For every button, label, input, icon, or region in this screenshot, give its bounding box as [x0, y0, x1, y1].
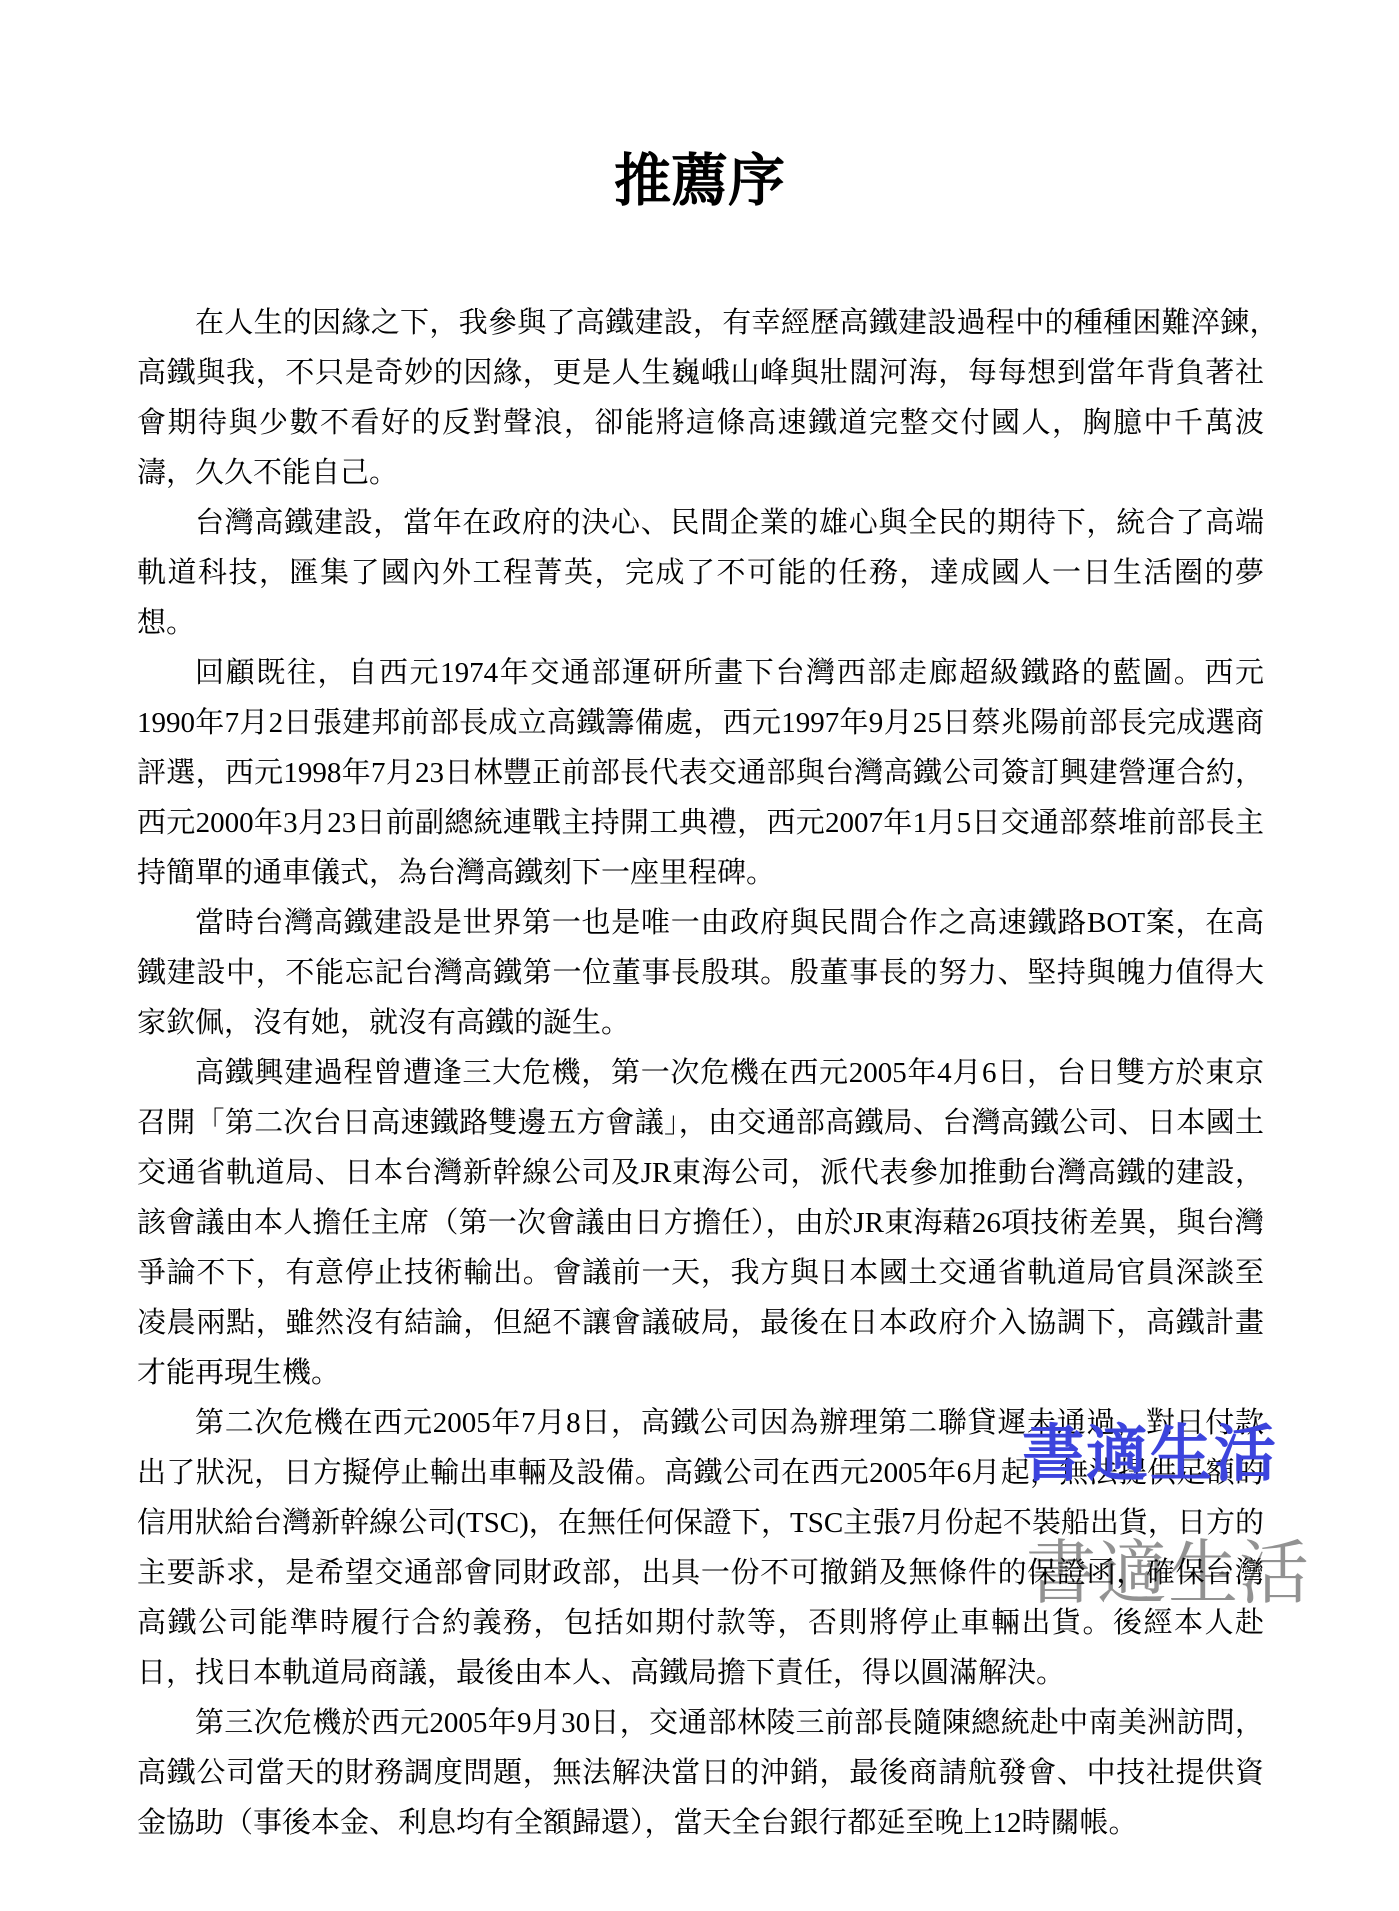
paragraph: 第二次危機在西元2005年7月8日，高鐵公司因為辦理第二聯貸遲未通過，對日付款出…: [137, 1398, 1264, 1698]
paragraph: 回顧既往，自西元1974年交通部運研所畫下台灣西部走廊超級鐵路的藍圖。西元199…: [137, 648, 1264, 898]
page-title: 推薦序: [0, 148, 1399, 216]
paragraph: 在人生的因緣之下，我參與了高鐵建設，有幸經歷高鐵建設過程中的種種困難淬鍊， 高鐵…: [137, 298, 1264, 498]
paragraph: 台灣高鐵建設，當年在政府的決心、民間企業的雄心與全民的期待下，統合了高端軌道科技…: [137, 498, 1264, 648]
document-page: 推薦序 書適生活 在人生的因緣之下，我參與了高鐵建設，有幸經歷高鐵建設過程中的種…: [0, 0, 1399, 1911]
paragraph: 第三次危機於西元2005年9月30日，交通部林陵三前部長隨陳總統赴中南美洲訪問，…: [137, 1698, 1264, 1848]
paragraph: 當時台灣高鐵建設是世界第一也是唯一由政府與民間合作之高速鐵路BOT案，在高鐵建設…: [137, 898, 1264, 1048]
paragraph: 高鐵興建過程曾遭逢三大危機，第一次危機在西元2005年4月6日，台日雙方於東京召…: [137, 1048, 1264, 1398]
body-text: 在人生的因緣之下，我參與了高鐵建設，有幸經歷高鐵建設過程中的種種困難淬鍊， 高鐵…: [137, 298, 1264, 1848]
